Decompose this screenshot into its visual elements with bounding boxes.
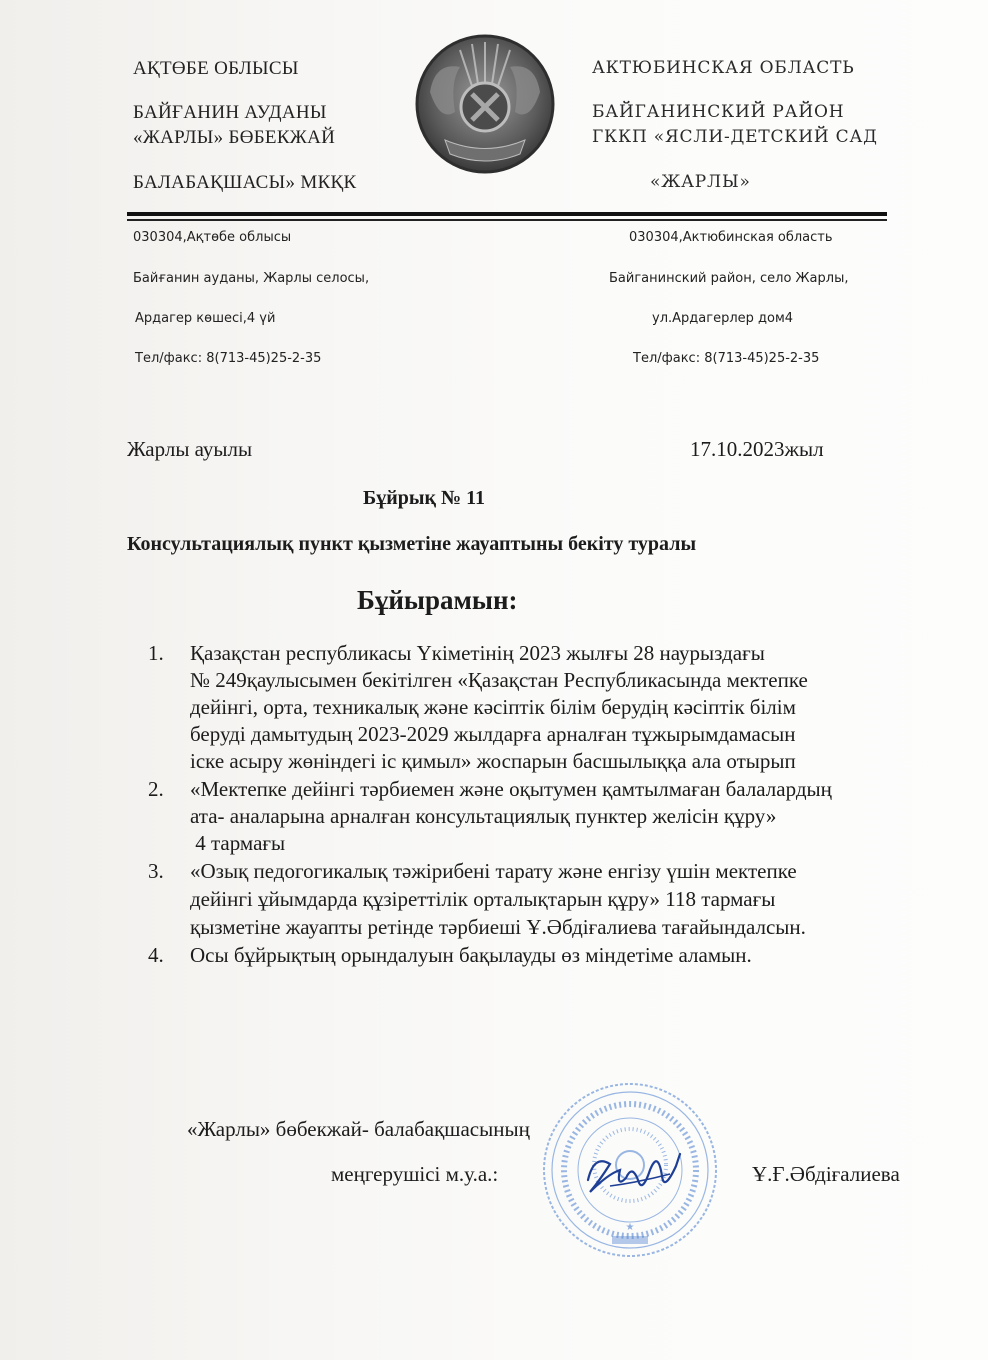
signature-org-line: «Жарлы» бөбекжай- балабақшасының bbox=[187, 1117, 530, 1142]
address-right-line3: ул.Ардагерлер дом4 bbox=[652, 311, 793, 326]
item-3-line3: қызметіне жауапты ретінде тәрбиеші Ұ.Әбд… bbox=[190, 915, 806, 940]
item-2-number: 2. bbox=[148, 777, 164, 802]
header-right-line3: ГККП «ЯСЛИ-ДЕТСКИЙ САД bbox=[592, 127, 878, 147]
address-left-line3: Ардагер көшесі,4 үй bbox=[135, 311, 275, 326]
address-left-line4: Тел/факс: 8(713-45)25-2-35 bbox=[135, 351, 321, 366]
address-right-line1: 030304,Актюбинская область bbox=[629, 230, 833, 245]
address-left-line1: 030304,Ақтөбе облысы bbox=[133, 230, 291, 245]
item-4-line1: Осы бұйрықтың орындалуын бақылауды өз мі… bbox=[190, 943, 752, 968]
order-title: Бұйрық № 11 bbox=[363, 487, 485, 510]
address-right-line4: Тел/факс: 8(713-45)25-2-35 bbox=[633, 351, 819, 366]
order-subject: Консультациялық пункт қызметіне жауаптын… bbox=[127, 533, 696, 556]
address-right-line2: Байганинский район, село Жарлы, bbox=[609, 271, 848, 286]
header-left-line1: АҚТӨБЕ ОБЛЫСЫ bbox=[133, 58, 299, 80]
header-divider-thin bbox=[127, 219, 887, 221]
signature-name: Ұ.Ғ.Әбдіғалиева bbox=[752, 1162, 900, 1187]
header-right-line4: «ЖАРЛЫ» bbox=[650, 172, 751, 192]
header-divider-thick bbox=[127, 212, 887, 216]
date: 17.10.2023жыл bbox=[690, 437, 824, 462]
header-left-line2: БАЙҒАНИН АУДАНЫ bbox=[133, 102, 327, 124]
item-2-line3: 4 тармағы bbox=[190, 831, 285, 856]
address-left-line2: Байғанин ауданы, Жарлы селосы, bbox=[133, 271, 369, 286]
header-right-line1: АКТЮБИНСКАЯ ОБЛАСТЬ bbox=[592, 58, 854, 78]
item-3-line1: «Озық педогогикалық тәжірибені тарату жә… bbox=[190, 859, 797, 884]
item-2-line1: «Мектепке дейінгі тәрбиемен және оқытуме… bbox=[190, 777, 832, 802]
header-left-line3: «ЖАРЛЫ» БӨБЕКЖАЙ bbox=[133, 127, 335, 149]
handwritten-signature-icon bbox=[580, 1140, 690, 1210]
item-1-line3: дейінгі, орта, техникалық және кәсіптік … bbox=[190, 695, 796, 720]
item-4-number: 4. bbox=[148, 943, 164, 968]
header-right-line2: БАЙГАНИНСКИЙ РАЙОН bbox=[592, 102, 844, 122]
place: Жарлы ауылы bbox=[127, 437, 252, 462]
item-3-line2: дейінгі ұйымдарда құзіреттілік орталықта… bbox=[190, 887, 775, 912]
item-1-line5: іске асыру жөніндегі іс қимыл» жоспарын … bbox=[190, 749, 796, 774]
state-emblem-icon bbox=[400, 22, 570, 192]
svg-text:★: ★ bbox=[626, 1222, 635, 1233]
signature-position: меңгерушісі м.у.а.: bbox=[331, 1162, 498, 1187]
item-3-number: 3. bbox=[148, 859, 164, 884]
item-1-line1: Қазақстан республикасы Үкіметінің 2023 ж… bbox=[190, 641, 765, 666]
header-left-line4: БАЛАБАҚШАСЫ» МКҚК bbox=[133, 172, 357, 194]
order-directive: Бұйырамын: bbox=[357, 585, 518, 616]
item-2-line2: ата- аналарына арналған консультациялық … bbox=[190, 804, 776, 829]
item-1-number: 1. bbox=[148, 641, 164, 666]
item-1-line4: беруді дамытудың 2023-2029 жылдарға арна… bbox=[190, 722, 796, 747]
item-1-line2: № 249қаулысымен бекітілген «Қазақстан Ре… bbox=[190, 668, 808, 693]
document-page: АҚТӨБЕ ОБЛЫСЫ БАЙҒАНИН АУДАНЫ «ЖАРЛЫ» БӨ… bbox=[0, 0, 988, 1360]
